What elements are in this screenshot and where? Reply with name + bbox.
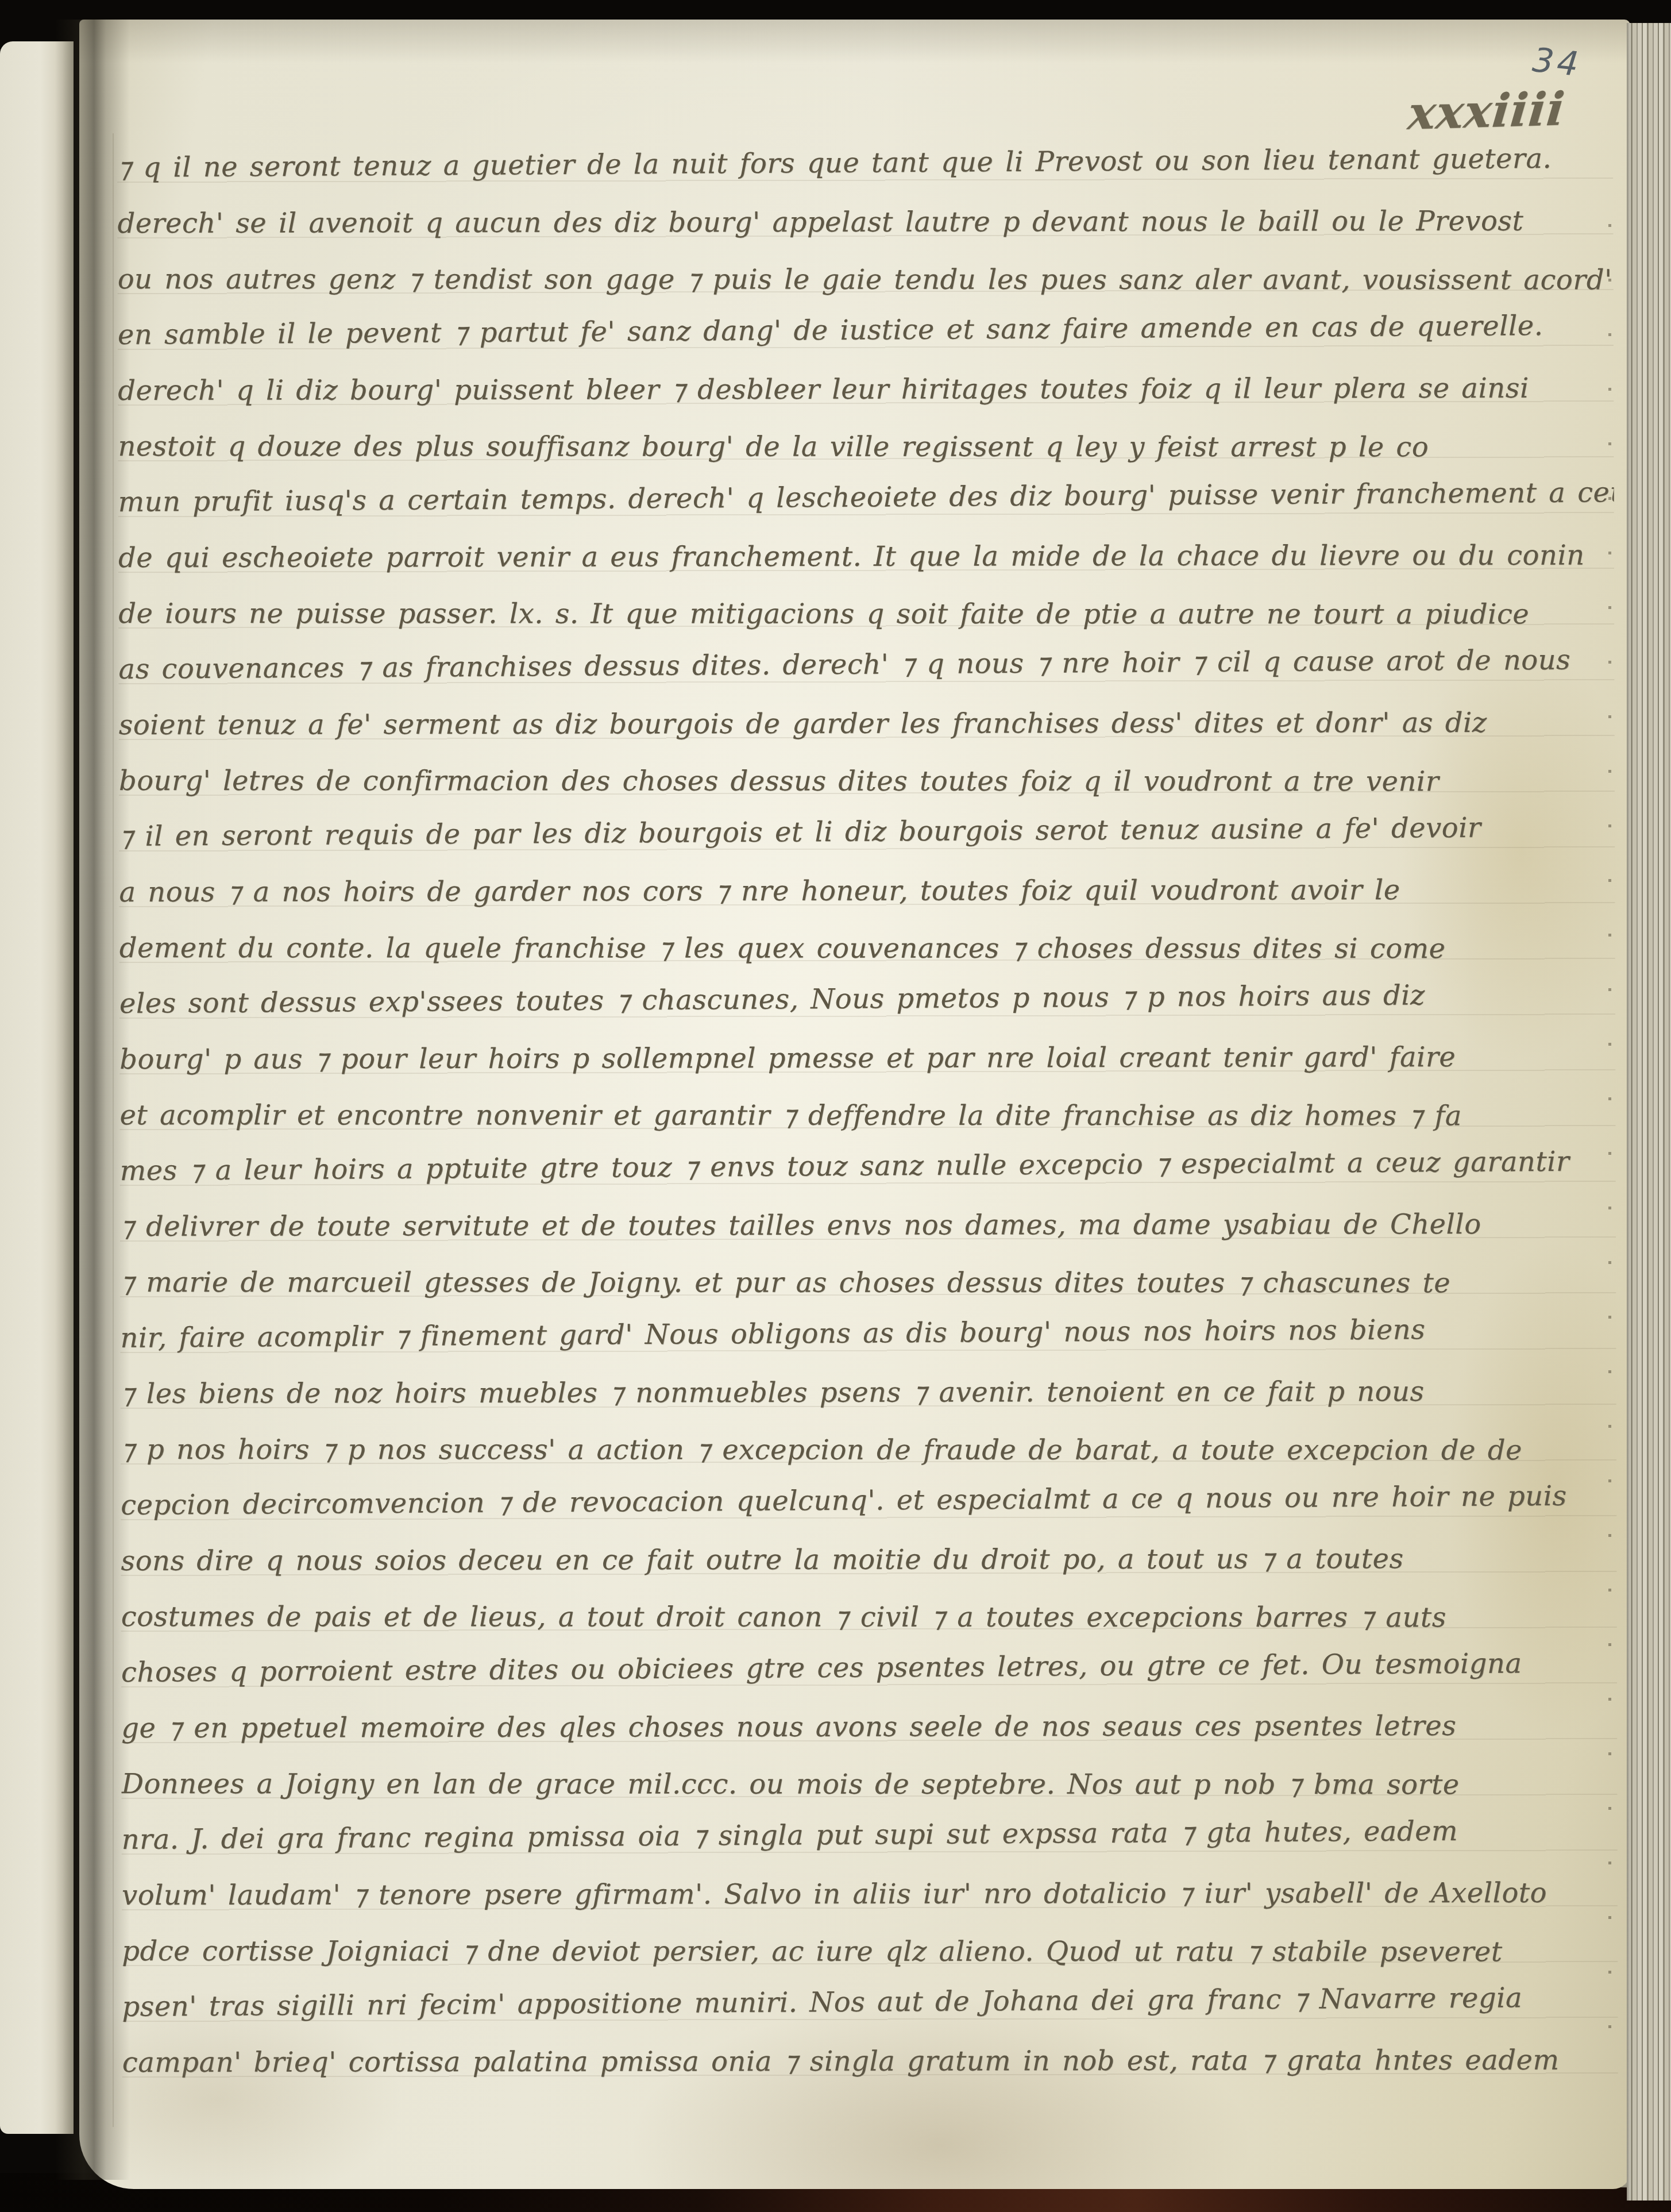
manuscript-line: ⁊ les biens de noz hoirs muebles ⁊ nonmu…	[121, 1363, 1616, 1422]
manuscript-line: bourg' p aus ⁊ pour leur hoirs p sollemp…	[119, 1029, 1615, 1088]
manuscript-line: derech' se il avenoit q aucun des diz bo…	[117, 193, 1613, 252]
manuscript-line: choses q porroient estre dites ou obicie…	[121, 1635, 1618, 1701]
text-block: ⁊ q il ne seront tenuz a guetier de la n…	[117, 136, 1618, 2094]
fore-edge	[1627, 23, 1671, 2201]
manuscript-line: en samble il le pevent ⁊ partut fe' sanz…	[118, 298, 1614, 363]
manuscript-line: ⁊ il en seront requis de par les diz bou…	[119, 799, 1615, 865]
manuscript-page: ⁊ q il ne seront tenuz a guetier de la n…	[79, 20, 1630, 2189]
manuscript-line: nra. J. dei gra franc regina pmissa oia …	[121, 1802, 1618, 1868]
manuscript-line: sons dire q nous soios deceu en ce fait …	[121, 1531, 1616, 1589]
pricking-dots	[1608, 172, 1611, 2080]
manuscript-line: soient tenuz a fe' serment as diz bourgo…	[119, 695, 1615, 753]
pencil-folio-number: 34	[1531, 40, 1584, 84]
manuscript-line: psen' tras sigilli nri fecim' apposition…	[122, 1970, 1618, 2035]
manuscript-line: eles sont dessus exp'ssees toutes ⁊ chas…	[119, 966, 1616, 1032]
manuscript-line: ⁊ q il ne seront tenuz a guetier de la n…	[117, 136, 1613, 196]
manuscript-line: nir, faire acomplir ⁊ finement gard' Nou…	[120, 1301, 1616, 1366]
roman-folio-number: xxxiiii	[1406, 82, 1567, 140]
manuscript-line: a nous ⁊ a nos hoirs de garder nos cors …	[119, 862, 1615, 920]
manuscript-line: campan' brieq' cortissa palatina pmissa …	[122, 2032, 1618, 2091]
manuscript-line: mun prufit iusq's a certain temps. derec…	[118, 465, 1614, 530]
manuscript-line: ge ⁊ en ppetuel memoire des qles choses …	[121, 1698, 1617, 1756]
manuscript-line: as couvenances ⁊ as franchises dessus di…	[118, 632, 1615, 697]
manuscript-line: derech' q li diz bourg' puissent bleer ⁊…	[118, 360, 1614, 419]
manuscript-line: mes ⁊ a leur hoirs a pptuite gtre touz ⁊…	[119, 1134, 1616, 1199]
manuscript-line: cepcion decircomvencion ⁊ de revocacion …	[121, 1468, 1617, 1533]
manuscript-line: volum' laudam' ⁊ tenore psere gfirmam'. …	[122, 1865, 1618, 1924]
manuscript-line: ⁊ delivrer de toute servitute et de tout…	[120, 1196, 1616, 1255]
manuscript-line: de qui escheoiete parroit venir a eus fr…	[118, 527, 1614, 586]
book-spread: ⁊ q il ne seront tenuz a guetier de la n…	[0, 0, 1671, 2212]
gutter-shadow	[55, 20, 130, 2180]
